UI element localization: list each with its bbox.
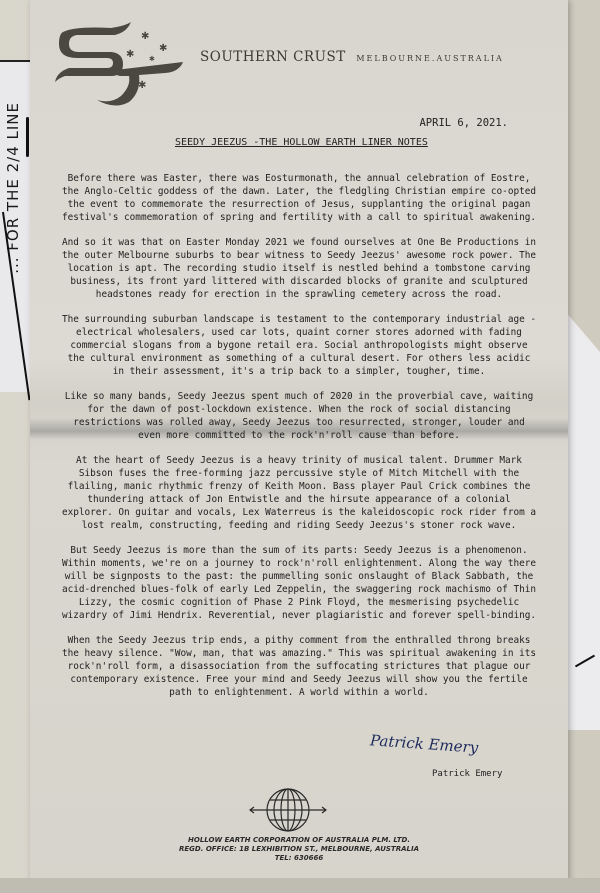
svg-text:✱: ✱ (141, 31, 149, 42)
background-paper-right (564, 310, 600, 730)
southern-crust-logo-icon: ✱ ✱ ✱ ✱ ✱ (55, 22, 185, 107)
paragraph: And so it was that on Easter Monday 2021… (60, 236, 538, 301)
surface-edge (0, 878, 600, 893)
brand-name: SOUTHERN CRUST (200, 49, 346, 65)
svg-text:✱: ✱ (159, 43, 167, 54)
footer-company: HOLLOW EARTH CORPORATION OF AUSTRALIA PL… (30, 836, 568, 845)
paragraph: The surrounding suburban landscape is te… (60, 313, 538, 378)
paragraph: But Seedy Jeezus is more than the sum of… (60, 544, 538, 622)
letterhead-brand: SOUTHERN CRUST MELBOURNE.AUSTRALIA (200, 49, 504, 65)
pen-mark (575, 655, 595, 668)
paragraph: At the heart of Seedy Jeezus is a heavy … (60, 454, 538, 532)
footer: HOLLOW EARTH CORPORATION OF AUSTRALIA PL… (30, 836, 568, 863)
document-date: APRIL 6, 2021. (419, 117, 508, 129)
svg-text:✱: ✱ (126, 49, 134, 60)
paragraph: Like so many bands, Seedy Jeezus spent m… (60, 390, 538, 442)
paragraph: When the Seedy Jeezus trip ends, a pithy… (60, 634, 538, 699)
footer-tel: TEL: 630666 (30, 854, 568, 863)
brand-location: MELBOURNE.AUSTRALIA (356, 54, 503, 63)
document-body: Before there was Easter, there was Eostu… (60, 172, 538, 711)
globe-with-arrows-icon (248, 785, 328, 835)
paragraph: Before there was Easter, there was Eostu… (60, 172, 538, 224)
document-title: SEEDY JEEZUS -THE HOLLOW EARTH LINER NOT… (175, 137, 428, 148)
handwritten-signature: Patrick Emery (370, 731, 479, 757)
footer-office: REGD. OFFICE: 1B LEXHIBITION ST., MELBOU… (30, 845, 568, 854)
pen-mark (26, 117, 29, 157)
svg-text:✱: ✱ (149, 55, 155, 63)
svg-text:✱: ✱ (138, 80, 146, 91)
signer-name: Patrick Emery (432, 769, 502, 779)
liner-notes-sheet: ✱ ✱ ✱ ✱ ✱ SOUTHERN CRUST MELBOURNE.AUSTR… (30, 0, 568, 893)
